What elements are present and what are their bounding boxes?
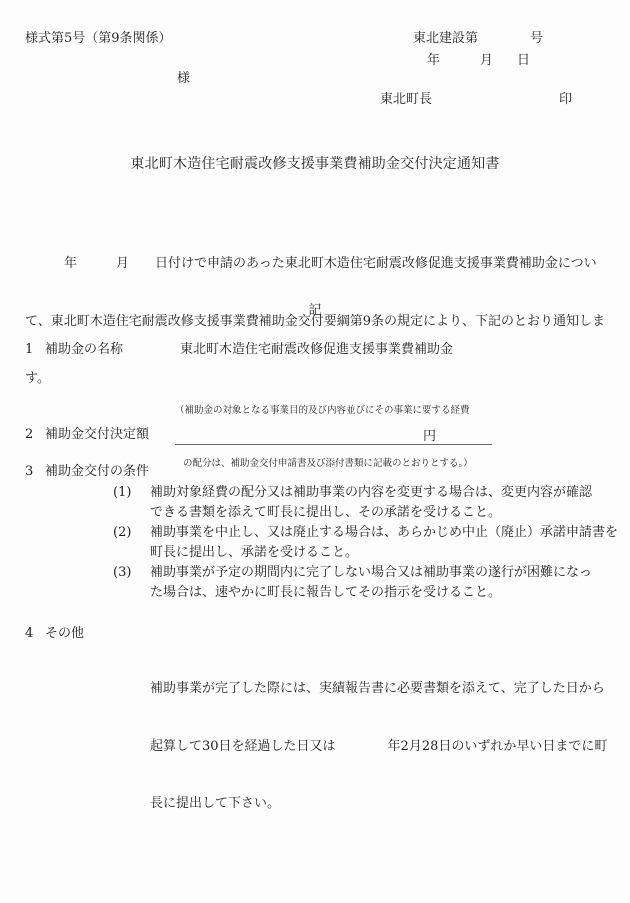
condition-number: (2): [113, 523, 150, 563]
sender-name: 東北町長: [380, 91, 432, 108]
section-4-line: 長に提出して下さい。: [150, 792, 607, 816]
condition-number: (1): [113, 483, 150, 523]
section-2-label: 補助金交付決定額: [45, 426, 149, 443]
section-3-label: 補助金交付の条件: [45, 463, 149, 480]
date-month-label: 月: [480, 52, 493, 69]
condition-line: 補助事業が予定の期間内に完了しない場合又は補助事業の遂行が困難になっ: [150, 563, 592, 583]
condition-item-2: (2) 補助事業を中止し、又は廃止する場合は、あらかじめ中止（廃止）承諾申請書を…: [113, 523, 618, 563]
condition-line: 補助対象経費の配分又は補助事業の内容を変更する場合は、変更内容が確認: [150, 483, 592, 503]
condition-item-1: (1) 補助対象経費の配分又は補助事業の内容を変更する場合は、変更内容が確認 で…: [113, 483, 592, 523]
section-4-label: その他: [45, 625, 84, 642]
section-4-body: 補助事業が完了した際には、実績報告書に必要書類を添えて、完了した日から 起算して…: [150, 643, 607, 850]
doc-number-prefix: 東北建設第: [413, 30, 478, 47]
section-1-label: 補助金の名称: [45, 341, 123, 358]
addressee-honorific: 様: [177, 70, 190, 87]
condition-number: (3): [113, 563, 150, 603]
section-1-note-line: の配分は、補助金交付申請書及び添付書類に記載のとおりとする。）: [175, 455, 473, 474]
form-number: 様式第5号（第9条関係）: [25, 30, 172, 47]
condition-line: 補助事業を中止し、又は廃止する場合は、あらかじめ中止（廃止）承諾申請書を: [150, 523, 618, 543]
condition-line: 町長に提出し、承諾を受けること。: [150, 543, 618, 563]
doc-number-suffix: 号: [530, 30, 543, 47]
date-day-label: 日: [517, 52, 530, 69]
section-1-value: 東北町木造住宅耐震改修促進支援事業費補助金: [180, 341, 453, 358]
opening-paragraph-line: 年 月 日付けで申請のあった東北町木造住宅耐震改修促進支援事業費補助金につい: [25, 252, 605, 276]
amount-blank-line: 円: [175, 425, 492, 445]
condition-line: た場合は、速やかに町長に報告してその指示を受けること。: [150, 583, 592, 603]
document-page: 様式第5号（第9条関係） 東北建設第 号 年 月 日 様 東北町長 印 東北町木…: [0, 0, 630, 903]
sender-seal: 印: [559, 91, 572, 108]
section-2-number: 2: [25, 426, 33, 443]
section-1-number: 1: [25, 341, 33, 358]
section-1-note-line: （補助金の対象となる事業目的及び内容並びにその事業に要する経費: [175, 402, 473, 421]
ki-marker: 記: [0, 302, 630, 319]
condition-item-3: (3) 補助事業が予定の期間内に完了しない場合又は補助事業の遂行が困難になっ た…: [113, 563, 592, 603]
section-4-line: 起算して30日を経過した日又は 年2月28日のいずれか早い日までに町: [150, 735, 607, 759]
date-year-label: 年: [427, 52, 440, 69]
document-title: 東北町木造住宅耐震改修支援事業費補助金交付決定通知書: [0, 156, 630, 173]
condition-line: できる書類を添えて町長に提出し、その承諾を受けること。: [150, 503, 592, 523]
amount-unit-label: 円: [423, 425, 436, 444]
section-4-number: 4: [25, 625, 33, 642]
section-3-number: 3: [25, 463, 33, 480]
section-4-line: 補助事業が完了した際には、実績報告書に必要書類を添えて、完了した日から: [150, 677, 607, 701]
